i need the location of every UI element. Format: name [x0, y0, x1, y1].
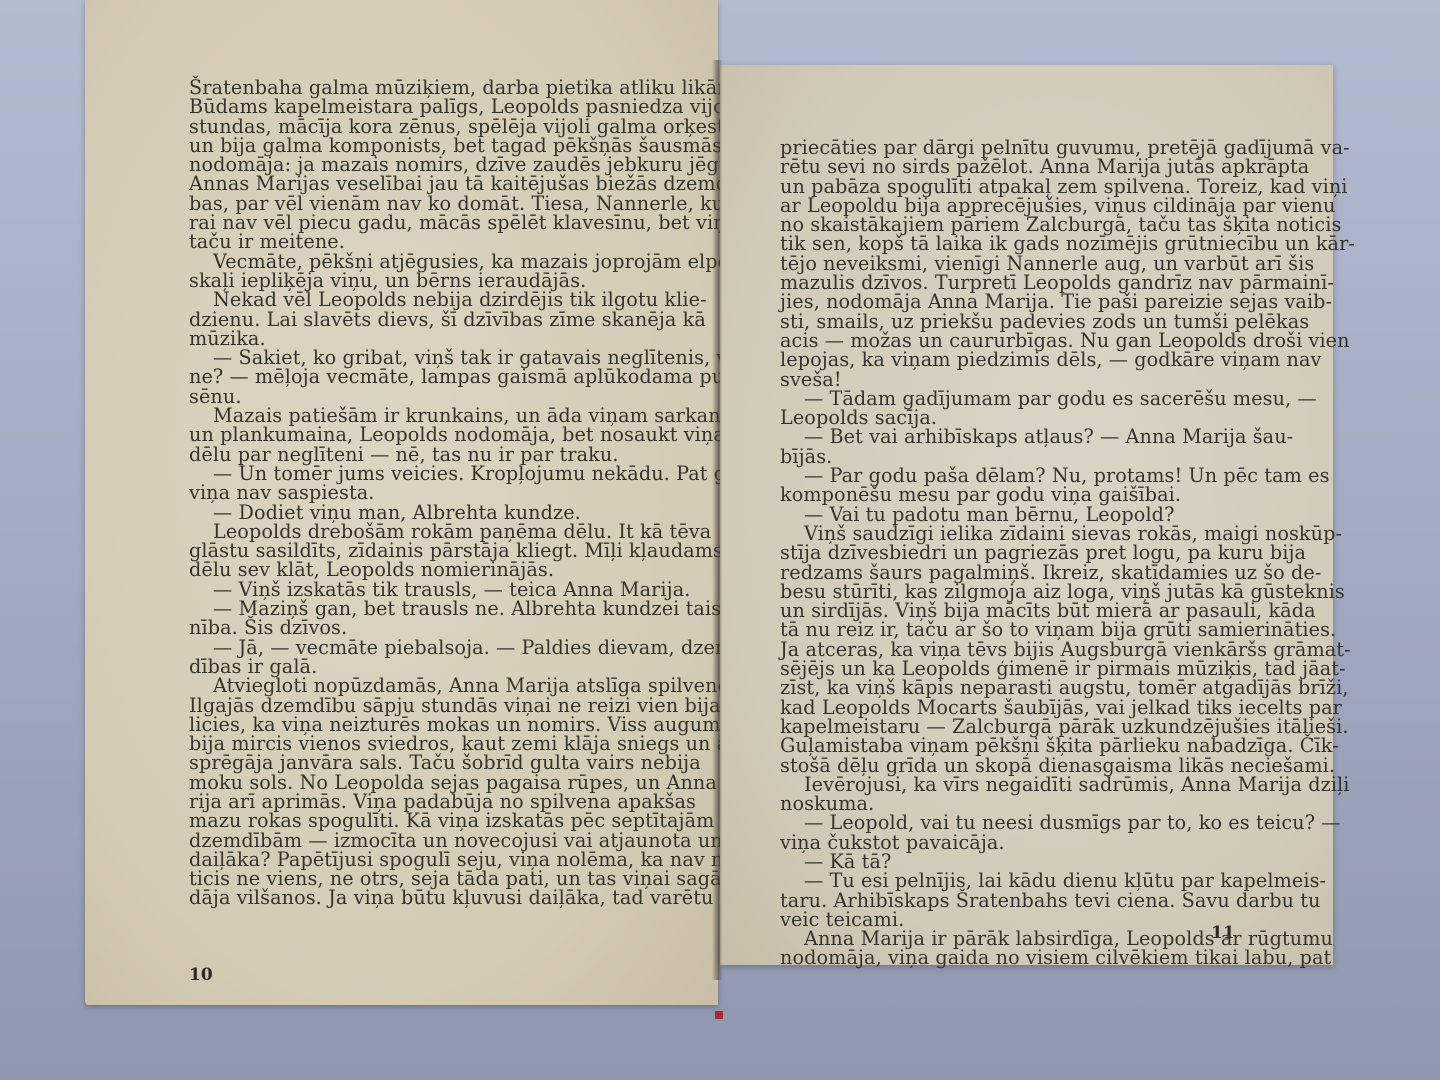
- text-line: nodomāja, viņa gaida no visiem cilvēkiem…: [780, 948, 1270, 967]
- text-line: mazu rokas spogulīti. Kā viņa izskatās p…: [189, 811, 709, 830]
- spine-bookmark: [715, 1011, 723, 1019]
- text-line: Atviegloti nopūzdamās, Anna Marija atslī…: [189, 676, 709, 695]
- text-line: lepojas, ka viņam piedzimis dēls, — godk…: [780, 350, 1270, 369]
- right-page: priecāties par dārgi pelnītu guvumu, pre…: [720, 65, 1333, 965]
- text-line: rētu sevi no sirds pažēlot. Anna Marija …: [780, 157, 1270, 176]
- text-line: sprēgāja janvāra sals. Taču šobrīd gulta…: [189, 753, 709, 772]
- text-line: Būdams kapelmeistara palīgs, Leopolds pa…: [189, 97, 709, 116]
- text-line: tā nu reiz ir, taču ar šo to viņam bija …: [780, 620, 1270, 639]
- text-line: un pabāza spogulīti atpakaļ zem spilvena…: [780, 177, 1270, 196]
- page-number-left: 10: [189, 965, 213, 985]
- text-line: dāja vilšanos. Ja viņa būtu kļuvusi daiļ…: [189, 888, 709, 907]
- text-line: stīja dzīvesbiedri un pagriezās pret log…: [780, 543, 1270, 562]
- text-line: Nekad vēl Leopolds nebija dzirdējis tik …: [189, 290, 709, 309]
- text-line: nība. Šis dzīvos.: [189, 618, 709, 637]
- text-line: — Bet vai arhibīskaps atļaus? — Anna Mar…: [780, 427, 1270, 446]
- text-line: — Dodiet viņu man, Albrehta kundze.: [189, 503, 709, 522]
- text-line: dēlu sev klāt, Leopolds nomierinājās.: [189, 560, 709, 579]
- text-line: Ilgajās dzemdību sāpju stundās viņai ne …: [189, 696, 709, 715]
- text-line: taču ir meitene.: [189, 232, 709, 251]
- text-line: komponēšu mesu par godu viņa gaišībai.: [780, 485, 1270, 504]
- text-line: Guļamistaba viņam pēkšņi šķita pārlieku …: [780, 736, 1270, 755]
- text-line: stundas, mācīja kora zēnus, spēlēja vijo…: [189, 117, 709, 136]
- text-line: dzemdībām — izmocīta un novecojusi vai a…: [189, 831, 709, 850]
- text-line: — Tu esi pelnījis, lai kādu dienu kļūtu …: [780, 871, 1270, 890]
- text-line: jies, nodomāja Anna Marija. Tie paši par…: [780, 292, 1270, 311]
- text-line: viņa nav saspiesta.: [189, 483, 709, 502]
- text-line: stošā dēļu grīda un skopā dienasgaisma l…: [780, 756, 1270, 775]
- right-page-text: priecāties par dārgi pelnītu guvumu, pre…: [780, 138, 1270, 968]
- text-line: taru. Arhibīskaps Šratenbahs tevi ciena.…: [780, 891, 1270, 910]
- text-line: dzienu. Lai slavēts dievs, šī dzīvības z…: [189, 310, 709, 329]
- left-page-text: Šratenbaha galma mūziķiem, darba pietika…: [189, 78, 709, 908]
- text-line: — Leopold, vai tu neesi dusmīgs par to, …: [780, 813, 1270, 832]
- text-line: Annas Marijas veselībai jau tā kaitējuša…: [189, 174, 709, 193]
- text-line: tik sen, kopš tā laika ik gads nozīmējis…: [780, 234, 1270, 253]
- text-line: sveša!: [780, 370, 1270, 389]
- text-line: ne? — mēļoja vecmāte, lampas gaismā aplū…: [189, 367, 709, 386]
- text-line: kad Leopolds Mocarts šaubījās, vai jelka…: [780, 698, 1270, 717]
- open-book: Šratenbaha galma mūziķiem, darba pietika…: [0, 0, 1440, 1080]
- book-gutter: [712, 60, 722, 980]
- left-page: Šratenbaha galma mūziķiem, darba pietika…: [85, 0, 718, 1005]
- text-line: redzams šaurs pagalmiņš. Ikreiz, skatīda…: [780, 563, 1270, 582]
- text-line: — Jā, — vecmāte piebalsoja. — Paldies di…: [189, 638, 709, 657]
- text-line: zīst, ka viņš kāpis neparasti augstu, to…: [780, 678, 1270, 697]
- page-number-right: 11: [1211, 923, 1235, 943]
- text-line: un plankumaina, Leopolds nodomāja, bet n…: [189, 425, 709, 444]
